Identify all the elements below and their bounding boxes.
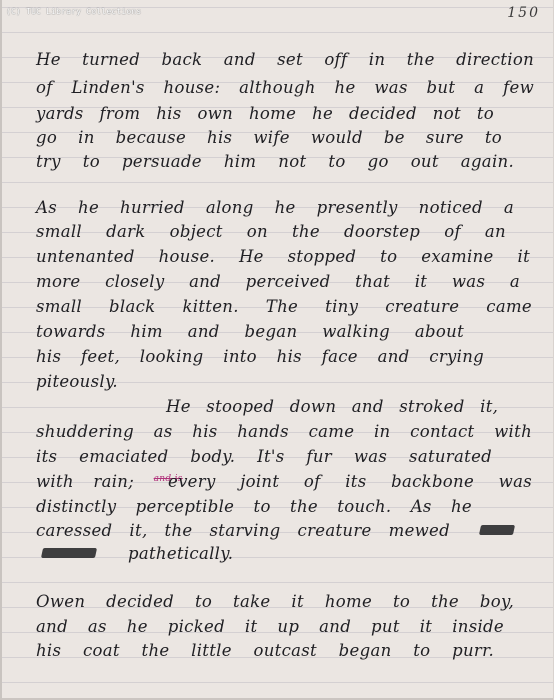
crossed-out-word bbox=[41, 548, 97, 558]
manuscript-line: and as he picked it up and put it inside bbox=[36, 617, 504, 636]
manuscript-line: small dark object on the doorstep of an bbox=[36, 222, 506, 241]
crossed-out-word bbox=[479, 525, 515, 535]
manuscript-line: Owen decided to take it home to the boy, bbox=[36, 592, 514, 611]
manuscript-line: shuddering as his hands came in contact … bbox=[36, 422, 532, 441]
manuscript-line: distinctly perceptible to the touch. As … bbox=[36, 497, 472, 516]
copyright-watermark: (C) TUC Library Collections bbox=[6, 7, 141, 16]
manuscript-line: towards him and began walking about bbox=[36, 322, 464, 341]
page-number: 150 bbox=[507, 5, 540, 21]
manuscript-line: go in because his wife would be sure to bbox=[36, 128, 502, 147]
manuscript-line: more closely and perceived that it was a bbox=[36, 272, 520, 291]
manuscript-line: He stooped down and stroked it, bbox=[166, 397, 474, 416]
manuscript-page: (C) TUC Library Collections 150 He turne… bbox=[0, 0, 554, 700]
manuscript-line: small black kitten. The tiny creature ca… bbox=[36, 297, 532, 316]
manuscript-line: his feet, looking into his face and cryi… bbox=[36, 347, 484, 366]
manuscript-line: its emaciated body. It's fur was saturat… bbox=[36, 447, 492, 466]
manuscript-line: yards from his own home he decided not t… bbox=[36, 104, 494, 123]
manuscript-line: He turned back and set off in the direct… bbox=[36, 50, 534, 69]
manuscript-line: untenanted house. He stopped to examine … bbox=[36, 247, 530, 266]
manuscript-line: pathetically. bbox=[128, 544, 534, 563]
manuscript-line: piteously. bbox=[36, 372, 534, 391]
manuscript-line: his coat the little outcast began to pur… bbox=[36, 641, 494, 660]
line-start: with rain; bbox=[36, 472, 134, 491]
manuscript-line: every joint of its backbone was bbox=[168, 472, 532, 491]
manuscript-line: caressed it, the starving creature mewed bbox=[36, 521, 450, 540]
manuscript-line: As he hurried along he presently noticed… bbox=[36, 198, 514, 217]
manuscript-line: of Linden's house: although he was but a… bbox=[36, 78, 534, 97]
manuscript-line: try to persuade him not to go out again. bbox=[36, 152, 514, 171]
